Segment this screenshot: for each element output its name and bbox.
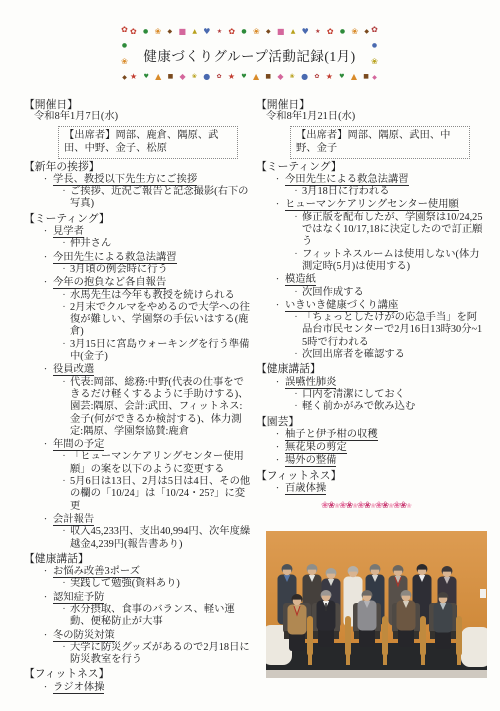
document-page: { "title_banner": { "title": "健康づくりグループ活… (0, 0, 500, 711)
bullet-marker: ・ (270, 482, 285, 494)
item-text: 軽く前かがみで飲み込む (302, 401, 415, 412)
item-text: 次回作成する (302, 287, 364, 298)
item-text: 次回出席者を確認する (302, 349, 405, 360)
banner-border-icon: ◆ (122, 74, 127, 82)
list-item: ・誤嚥性肺炎 (256, 376, 486, 389)
banner-border-icon: ✿ (371, 26, 378, 34)
right-column: 【開催日】令和8年1月21日(水)【出席者】岡部、隅原、武田、中野、金子【ミーテ… (256, 97, 486, 495)
item-text: 口内を清潔にしておく (302, 389, 405, 400)
item-text: 修正版を配布したが、学園祭は10/24,25ではなく10/17,18に決定したの… (302, 212, 482, 248)
banner-border-icon: ■ (363, 73, 369, 81)
list-item: ・3月頃の例会時に行う (24, 264, 252, 276)
section-heading: 【ミーティング】 (256, 161, 486, 173)
bullet-marker: ・ (38, 225, 53, 237)
banner-border-icon: ● (241, 28, 246, 36)
item-text: 会計報告 (53, 514, 94, 526)
banner-border-icon: ✿ (228, 28, 235, 36)
list-item: ・認知症予防 (24, 591, 252, 604)
list-item: ・2月末でクルマをやめるので大学への往復が難しい、学園祭の手伝いはする(鹿倉) (24, 302, 252, 339)
banner-border-icon: ♥ (302, 28, 309, 36)
banner-border-icon: ▲ (155, 73, 161, 81)
list-item: ・仲井さん (24, 238, 252, 250)
bullet-marker: ・ (38, 363, 53, 375)
bullet-marker: ・ (58, 302, 70, 314)
banner-border-icon: ★ (130, 73, 137, 81)
bullet-marker: ・ (58, 451, 70, 463)
banner-border-icon: ✿ (314, 73, 319, 81)
item-text: 場外の整備 (285, 455, 336, 467)
section-heading: 【ミーティング】 (24, 213, 252, 225)
banner-border-icon: ✿ (327, 28, 334, 36)
bullet-marker: ・ (290, 401, 302, 413)
banner-border-icon: ♥ (203, 28, 210, 36)
item-text: 3月15日に宮島ウォーキングを行う準備中(金子) (70, 339, 249, 362)
banner-border-icon: ♥ (339, 73, 344, 81)
bullet-marker: ・ (58, 476, 70, 488)
item-text: 2月末でクルマをやめるので大学への往復が難しい、学園祭の手伝いはする(鹿倉) (70, 302, 250, 338)
bullet-marker: ・ (290, 186, 302, 198)
list-item: ・年間の予定 (24, 438, 252, 451)
group-photo (266, 531, 487, 678)
banner-border-icon: ◆ (372, 74, 377, 82)
item-text: 「ヒューマンケアリングセンター使用願」の案を以下のように変更する (70, 451, 244, 474)
banner-border-icon: ✿ (130, 28, 137, 36)
list-item: ・ヒューマンケアリングセンター使用願 (256, 198, 486, 211)
bullet-marker: ・ (38, 513, 53, 525)
banner-border-icon: ◆ (277, 73, 283, 81)
list-item: ・会計報告 (24, 513, 252, 526)
title-banner: ✿●❀◆■▲♥★✿●❀◆■▲♥★✿●❀◆ ✿●❀◆ ✿●❀◆ ★♥▲■◆❀●✿★… (118, 25, 381, 83)
banner-border-icon: ★ (228, 73, 235, 81)
list-item: ・今年の抱負など各自報告 (24, 276, 252, 289)
list-item: ・3月18日に行われる (256, 186, 486, 198)
list-item: ・収入45,233円、支出40,994円、次年度繰越金4,239円(報告書あり) (24, 526, 252, 551)
list-item: ・大学に防災グッズがあるので2月18日に防災教室を行う (24, 642, 252, 667)
list-item: ・今田先生による救急法講習 (24, 251, 252, 264)
list-item: ・お悩み改善3ポーズ (24, 565, 252, 578)
item-text: 今年の抱負など各自報告 (53, 277, 166, 289)
list-item: ・今田先生による救急法講習 (256, 173, 486, 186)
bullet-marker: ・ (58, 578, 70, 590)
list-item: ・「ちょっとしたけがの応急手当」を阿品台市民センターで2月16日13時30分~1… (256, 312, 486, 349)
list-item: ・修正版を配布したが、学園祭は10/24,25ではなく10/17,18に決定した… (256, 212, 486, 249)
banner-border-icon: ◆ (168, 28, 173, 36)
bullet-marker: ・ (38, 565, 53, 577)
item-text: 見学者 (53, 226, 84, 238)
item-text: 今田先生による救急法講習 (53, 252, 177, 264)
item-text: 百歳体操 (285, 483, 326, 495)
item-text: 誤嚥性肺炎 (285, 377, 336, 389)
bullet-marker: ・ (58, 238, 70, 250)
bullet-marker: ・ (270, 441, 285, 453)
item-text: 冬の防災対策 (53, 630, 115, 642)
sofa-right (461, 627, 487, 667)
bullet-marker: ・ (290, 212, 302, 224)
bullet-marker: ・ (58, 264, 70, 276)
flower-divider: ❀❀❀❀❀❀❀❀❀❀❀❀❀❀❀ (288, 499, 444, 511)
list-item: ・次回作成する (256, 287, 486, 299)
banner-border-icon: ✿ (121, 26, 128, 34)
list-item: ・水馬先生は今年も教授を続けられる (24, 290, 252, 302)
banner-border-icon: ◆ (266, 28, 271, 36)
banner-border-icon: ❀ (192, 73, 197, 81)
banner-border-icon: ❀ (371, 58, 378, 66)
item-text: 3月頃の例会時に行う (70, 264, 168, 275)
banner-border-icon: ★ (217, 28, 222, 36)
item-text: 代表:岡部、総務:中野(代表の仕事をできるだけ軽くするように手助けする)、園芸:… (70, 377, 248, 437)
bullet-marker: ・ (270, 173, 285, 185)
bullet-marker: ・ (290, 349, 302, 361)
attendees-box: 【出席者】岡部、鹿倉、隅原、武田、中野、金子、松原 (58, 126, 238, 159)
banner-border-icon: ▲ (192, 28, 197, 36)
item-text: フィットネスルームは使用しない(体力測定時(5月)は使用する) (302, 249, 480, 272)
page-title: 健康づくりグループ活動記録(1月) (132, 45, 367, 65)
section-heading: 【園芸】 (256, 416, 486, 428)
banner-border-icon: ▲ (253, 73, 259, 81)
list-item: ・軽く前かがみで飲み込む (256, 401, 486, 413)
item-text: 認知症予防 (53, 592, 104, 604)
bullet-marker: ・ (270, 273, 285, 285)
item-text: いきいき健康づくり講座 (285, 300, 398, 312)
banner-border-icon: ★ (326, 73, 333, 81)
item-text: 水分摂取、食事のバランス、軽い運動、便秘防止が大事 (70, 604, 235, 627)
list-item: ・場外の整備 (256, 454, 486, 467)
list-item: ・「ヒューマンケアリングセンター使用願」の案を以下のように変更する (24, 451, 252, 476)
banner-border-icon: ✿ (217, 73, 222, 81)
bullet-marker: ・ (58, 186, 70, 198)
banner-border-icon: ● (143, 28, 148, 36)
banner-border-bottom: ★♥▲■◆❀●✿★♥▲■◆❀●✿★♥▲■ (130, 70, 369, 83)
banner-border-icon: ◆ (180, 73, 186, 81)
attendees-box: 【出席者】岡部、隅原、武田、中野、金子 (290, 126, 470, 159)
bullet-marker: ・ (38, 438, 53, 450)
group-photo-canvas (266, 531, 487, 678)
item-text: 年間の予定 (53, 439, 104, 451)
bullet-marker: ・ (290, 287, 302, 299)
bullet-marker: ・ (290, 389, 302, 401)
list-item: 令和8年1月21日(水) (256, 111, 486, 123)
section-heading: 【開催日】 (24, 99, 252, 111)
item-text: 5月6日は13日、2月は5日は4日、その他の欄の「10/24」は「10/24・2… (70, 476, 250, 512)
banner-border-icon: ❀ (253, 28, 260, 36)
banner-border-icon: ● (122, 42, 127, 50)
bullet-marker: ・ (58, 604, 70, 616)
list-item: ・3月15日に宮島ウォーキングを行う準備中(金子) (24, 339, 252, 364)
bullet-marker: ・ (290, 312, 302, 324)
banner-border-icon: ● (340, 28, 345, 36)
section-heading: 【健康講話】 (256, 363, 486, 375)
list-item: ・5月6日は13日、2月は5日は4日、その他の欄の「10/24」は「10/24・… (24, 476, 252, 513)
list-item: ・いきいき健康づくり講座 (256, 299, 486, 312)
list-item: ・ラジオ体操 (24, 681, 252, 694)
banner-border-icon: ❀ (155, 28, 162, 36)
bullet-marker: ・ (270, 428, 285, 440)
banner-border-icon: ■ (168, 73, 174, 81)
bullet-marker: ・ (58, 526, 70, 538)
banner-border-icon: ★ (315, 28, 320, 36)
bullet-marker: ・ (270, 454, 285, 466)
bullet-marker: ・ (270, 198, 285, 210)
item-text: 柚子と伊予柑の収穫 (285, 429, 378, 441)
list-item: 令和8年1月7日(水) (24, 111, 252, 123)
bullet-marker: ・ (38, 251, 53, 263)
bullet-marker: ・ (270, 299, 285, 311)
list-item: ・フィットネスルームは使用しない(体力測定時(5月)は使用する) (256, 249, 486, 274)
section-heading: 【フィットネス】 (256, 470, 486, 482)
banner-border-icon: ▲ (291, 28, 296, 36)
list-item: ・次回出席者を確認する (256, 349, 486, 361)
item-text: 仲井さん (70, 238, 111, 249)
banner-border-icon: ● (301, 73, 308, 81)
banner-border-icon: ❀ (351, 28, 358, 36)
banner-border-top: ✿●❀◆■▲♥★✿●❀◆■▲♥★✿●❀◆ (130, 25, 369, 38)
bullet-marker: ・ (58, 377, 70, 389)
left-column: 【開催日】令和8年1月7日(水)【出席者】岡部、鹿倉、隅原、武田、中野、金子、松… (24, 97, 252, 694)
bullet-marker: ・ (270, 376, 285, 388)
flower-icon: ❀ (406, 502, 411, 510)
list-item: ・無花果の剪定 (256, 441, 486, 454)
list-item: ・柚子と伊予柑の収穫 (256, 428, 486, 441)
list-item: ・口内を清潔にしておく (256, 389, 486, 401)
list-item: ・見学者 (24, 225, 252, 238)
item-text: ご挨拶、近況ご報告と記念撮影(右下の写真) (70, 186, 248, 209)
item-text: 役員改選 (53, 364, 94, 376)
item-text: 「ちょっとしたけがの応急手当」を阿品台市民センターで2月16日13時30分~15… (302, 312, 482, 348)
banner-border-right: ✿●❀◆ (368, 26, 381, 82)
item-text: 模造紙 (285, 274, 316, 286)
bullet-marker: ・ (38, 681, 53, 693)
banner-border-icon: ▲ (351, 73, 357, 81)
item-text: 大学に防災グッズがあるので2月18日に防災教室を行う (70, 642, 250, 665)
item-text: 無花果の剪定 (285, 442, 347, 454)
banner-border-icon: ■ (277, 28, 285, 36)
banner-border-icon: ❀ (121, 58, 128, 66)
item-text: 3月18日に行われる (302, 186, 390, 197)
section-heading: 【健康講話】 (24, 553, 252, 565)
photo-floor-edge (266, 670, 487, 678)
list-item: ・模造紙 (256, 273, 486, 286)
list-item: ・実践して勉強(資料あり) (24, 578, 252, 590)
list-item: ・百歳体操 (256, 482, 486, 495)
list-item: ・代表:岡部、総務:中野(代表の仕事をできるだけ軽くするように手助けする)、園芸… (24, 377, 252, 438)
bullet-marker: ・ (38, 591, 53, 603)
banner-border-icon: ♥ (143, 73, 148, 81)
list-item: ・水分摂取、食事のバランス、軽い運動、便秘防止が大事 (24, 604, 252, 629)
bullet-marker: ・ (58, 642, 70, 654)
item-text: 学長、教授以下先生方にご挨拶 (53, 174, 197, 186)
bullet-marker: ・ (38, 173, 53, 185)
item-text: 収入45,233円、支出40,994円、次年度繰越金4,239円(報告書あり) (70, 526, 250, 549)
item-text: ヒューマンケアリングセンター使用願 (285, 199, 459, 211)
list-item: ・ご挨拶、近況ご報告と記念撮影(右下の写真) (24, 186, 252, 211)
item-text: 実践して勉強(資料あり) (70, 578, 180, 589)
bullet-marker: ・ (38, 629, 53, 641)
bullet-marker: ・ (38, 276, 53, 288)
bullet-marker: ・ (290, 249, 302, 261)
list-item: ・学長、教授以下先生方にご挨拶 (24, 173, 252, 186)
item-text: 今田先生による救急法講習 (285, 174, 409, 186)
banner-border-icon: ■ (178, 28, 186, 36)
section-heading: 【フィットネス】 (24, 668, 252, 680)
section-heading: 【開催日】 (256, 99, 486, 111)
section-heading: 【新年の挨拶】 (24, 161, 252, 173)
list-item: ・役員改選 (24, 363, 252, 376)
banner-border-icon: ♥ (241, 73, 246, 81)
banner-border-icon: ■ (265, 73, 271, 81)
item-text: 水馬先生は今年も教授を続けられる (70, 290, 235, 301)
banner-border-icon: ❀ (290, 73, 295, 81)
list-item: ・冬の防災対策 (24, 629, 252, 642)
item-text: ラジオ体操 (53, 682, 104, 694)
item-text: お悩み改善3ポーズ (53, 566, 140, 578)
wall-sign (480, 589, 486, 598)
bullet-marker: ・ (58, 290, 70, 302)
banner-border-icon: ● (372, 42, 377, 50)
banner-border-icon: ● (203, 73, 210, 81)
bullet-marker: ・ (58, 339, 70, 351)
